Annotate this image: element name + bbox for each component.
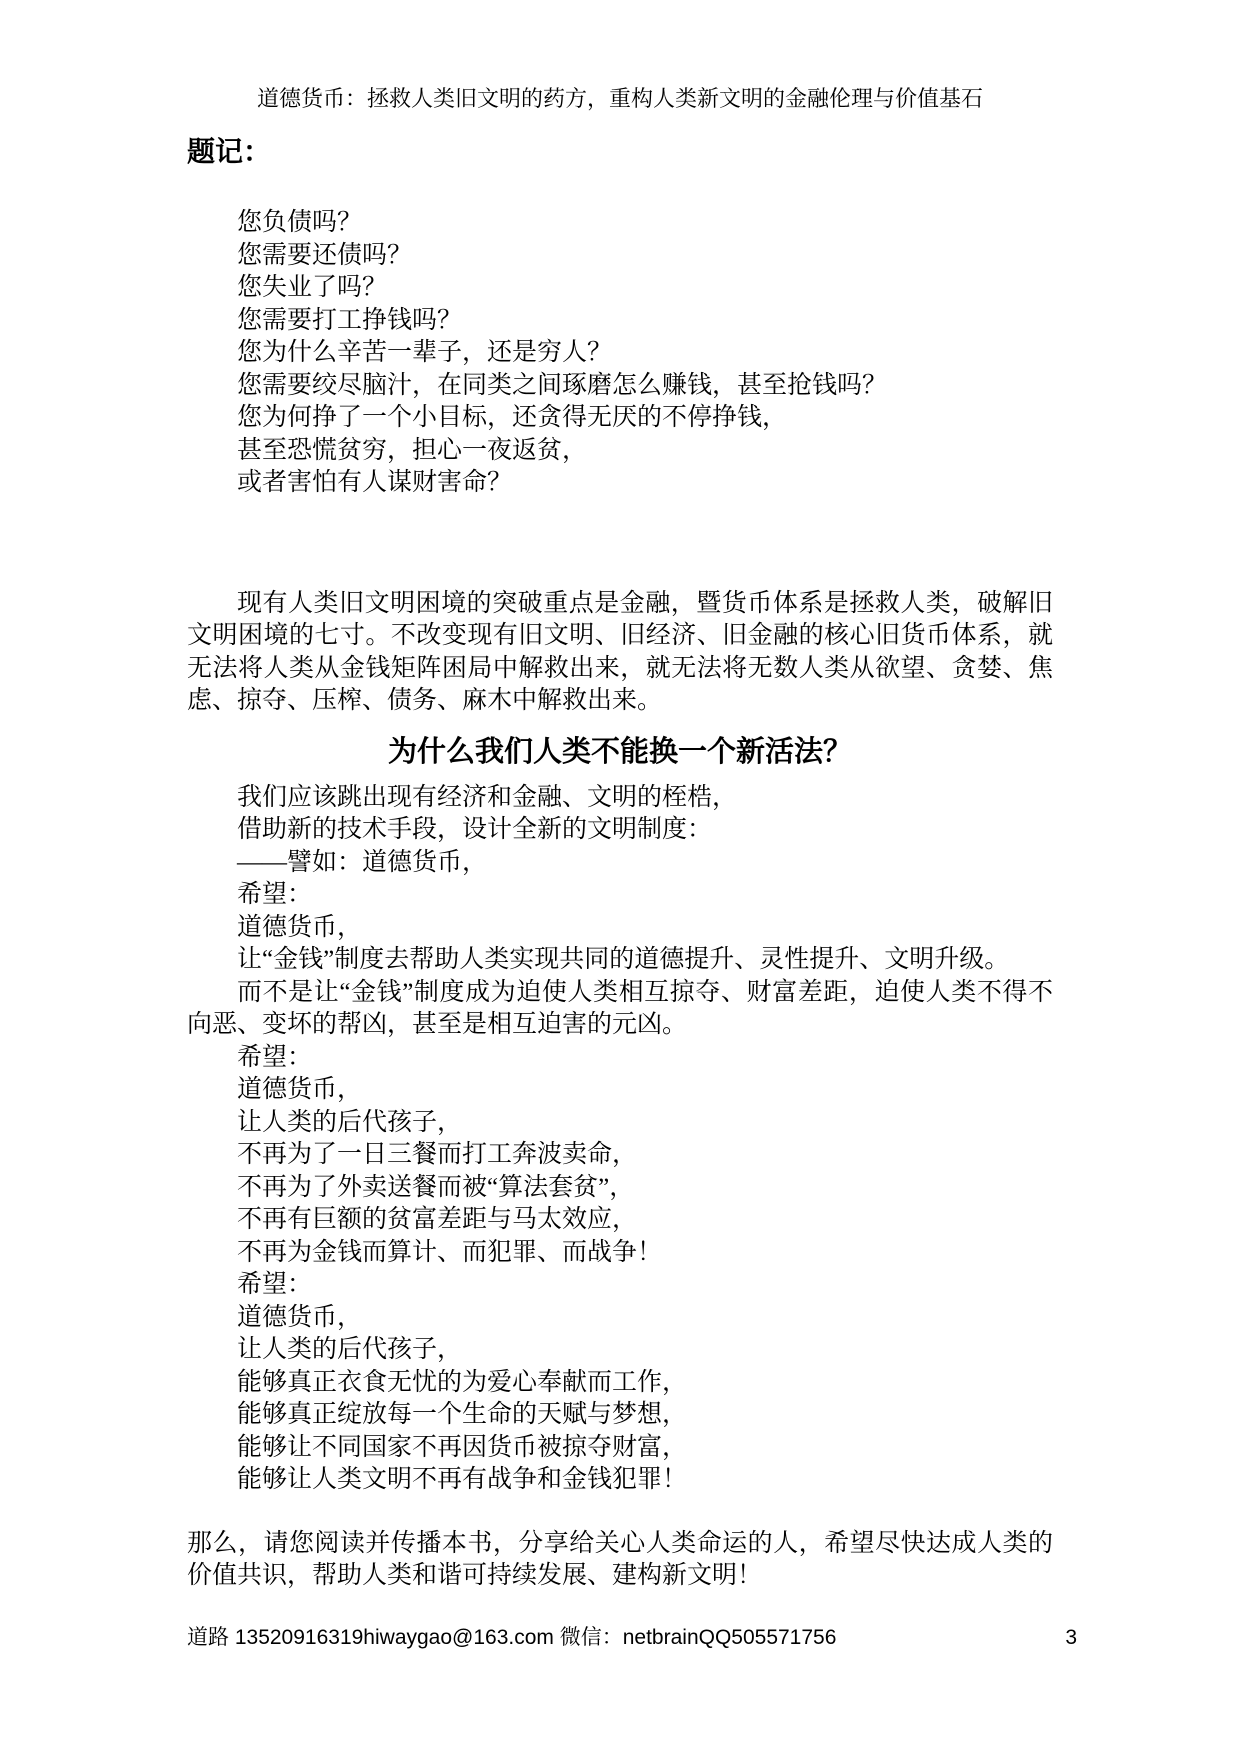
document-header-title: 道德货币：拯救人类旧文明的药方，重构人类新文明的金融伦理与价值基石 — [187, 85, 1053, 113]
poem-line: 能够真正衣食无忧的为爱心奉献而工作， — [237, 1367, 1053, 1400]
question-line: 您为什么辛苦一辈子，还是穷人？ — [237, 337, 1053, 370]
question-line: 您负债吗？ — [237, 207, 1053, 240]
poem-line: 希望： — [237, 879, 1053, 912]
page-number: 3 — [1065, 1623, 1077, 1653]
page-footer: 道路 13520916319hiwaygao@163.com 微信：netbra… — [187, 1623, 1077, 1653]
counter-paragraph: 而不是让“金钱”制度成为迫使人类相互掠夺、财富差距，迫使人类不得不向恶、变坏的帮… — [187, 977, 1053, 1042]
footer-contact: 道路 13520916319hiwaygao@163.com 微信：netbra… — [187, 1623, 836, 1653]
page-content: 道德货币：拯救人类旧文明的药方，重构人类新文明的金融伦理与价值基石 题记： 您负… — [187, 85, 1053, 1593]
question-line: 您为何挣了一个小目标，还贪得无厌的不停挣钱， — [237, 402, 1053, 435]
section-heading: 为什么我们人类不能换一个新活法？ — [187, 730, 1053, 774]
poem-line: 道德货币， — [237, 1074, 1053, 1107]
preface-question-list: 您负债吗？ 您需要还债吗？ 您失业了吗？ 您需要打工挣钱吗？ 您为什么辛苦一辈子… — [237, 207, 1053, 500]
poem-line: 希望： — [237, 1269, 1053, 1302]
poem-line: 借助新的技术手段，设计全新的文明制度： — [237, 814, 1053, 847]
question-line: 或者害怕有人谋财害命？ — [237, 467, 1053, 500]
question-line: 甚至恐慌贫穷，担心一夜返贫， — [237, 435, 1053, 468]
poem-line: 让人类的后代孩子， — [237, 1334, 1053, 1367]
poem-line: 道德货币， — [237, 912, 1053, 945]
poem-line: 不再为金钱而算计、而犯罪、而战争！ — [237, 1237, 1053, 1270]
question-line: 您需要还债吗？ — [237, 240, 1053, 273]
poem-line: 让“金钱”制度去帮助人类实现共同的道德提升、灵性提升、文明升级。 — [237, 944, 1053, 977]
document-page: 道德货币：拯救人类旧文明的药方，重构人类新文明的金融伦理与价值基石 题记： 您负… — [0, 0, 1240, 1754]
poem-line: 能够让不同国家不再因货币被掠夺财富， — [237, 1432, 1053, 1465]
poem-line: 能够真正绽放每一个生命的天赋与梦想， — [237, 1399, 1053, 1432]
question-line: 您需要绞尽脑汁，在同类之间琢磨怎么赚钱，甚至抢钱吗？ — [237, 370, 1053, 403]
question-line: 您失业了吗？ — [237, 272, 1053, 305]
poem-line: 能够让人类文明不再有战争和金钱犯罪！ — [237, 1464, 1053, 1497]
intro-paragraph: 现有人类旧文明困境的突破重点是金融，暨货币体系是拯救人类，破解旧文明困境的七寸。… — [187, 588, 1053, 718]
poem-line: 不再为了外卖送餐而被“算法套贫”， — [237, 1172, 1053, 1205]
section-lines: 我们应该跳出现有经济和金融、文明的桎梏， 借助新的技术手段，设计全新的文明制度：… — [237, 782, 1053, 977]
hope-lines-second: 希望： 道德货币， 让人类的后代孩子， 能够真正衣食无忧的为爱心奉献而工作， 能… — [237, 1269, 1053, 1497]
question-line: 您需要打工挣钱吗？ — [237, 305, 1053, 338]
hope-lines-first: 希望： 道德货币， 让人类的后代孩子， 不再为了一日三餐而打工奔波卖命， 不再为… — [237, 1042, 1053, 1270]
poem-line: ——譬如：道德货币， — [237, 847, 1053, 880]
closing-paragraph: 那么，请您阅读并传播本书，分享给关心人类命运的人，希望尽快达成人类的价值共识，帮… — [187, 1528, 1053, 1593]
poem-line: 让人类的后代孩子， — [237, 1107, 1053, 1140]
preface-heading: 题记： — [187, 135, 1053, 171]
poem-line: 道德货币， — [237, 1302, 1053, 1335]
poem-line: 不再为了一日三餐而打工奔波卖命， — [237, 1139, 1053, 1172]
poem-line: 不再有巨额的贫富差距与马太效应， — [237, 1204, 1053, 1237]
poem-line: 希望： — [237, 1042, 1053, 1075]
poem-line: 我们应该跳出现有经济和金融、文明的桎梏， — [237, 782, 1053, 815]
